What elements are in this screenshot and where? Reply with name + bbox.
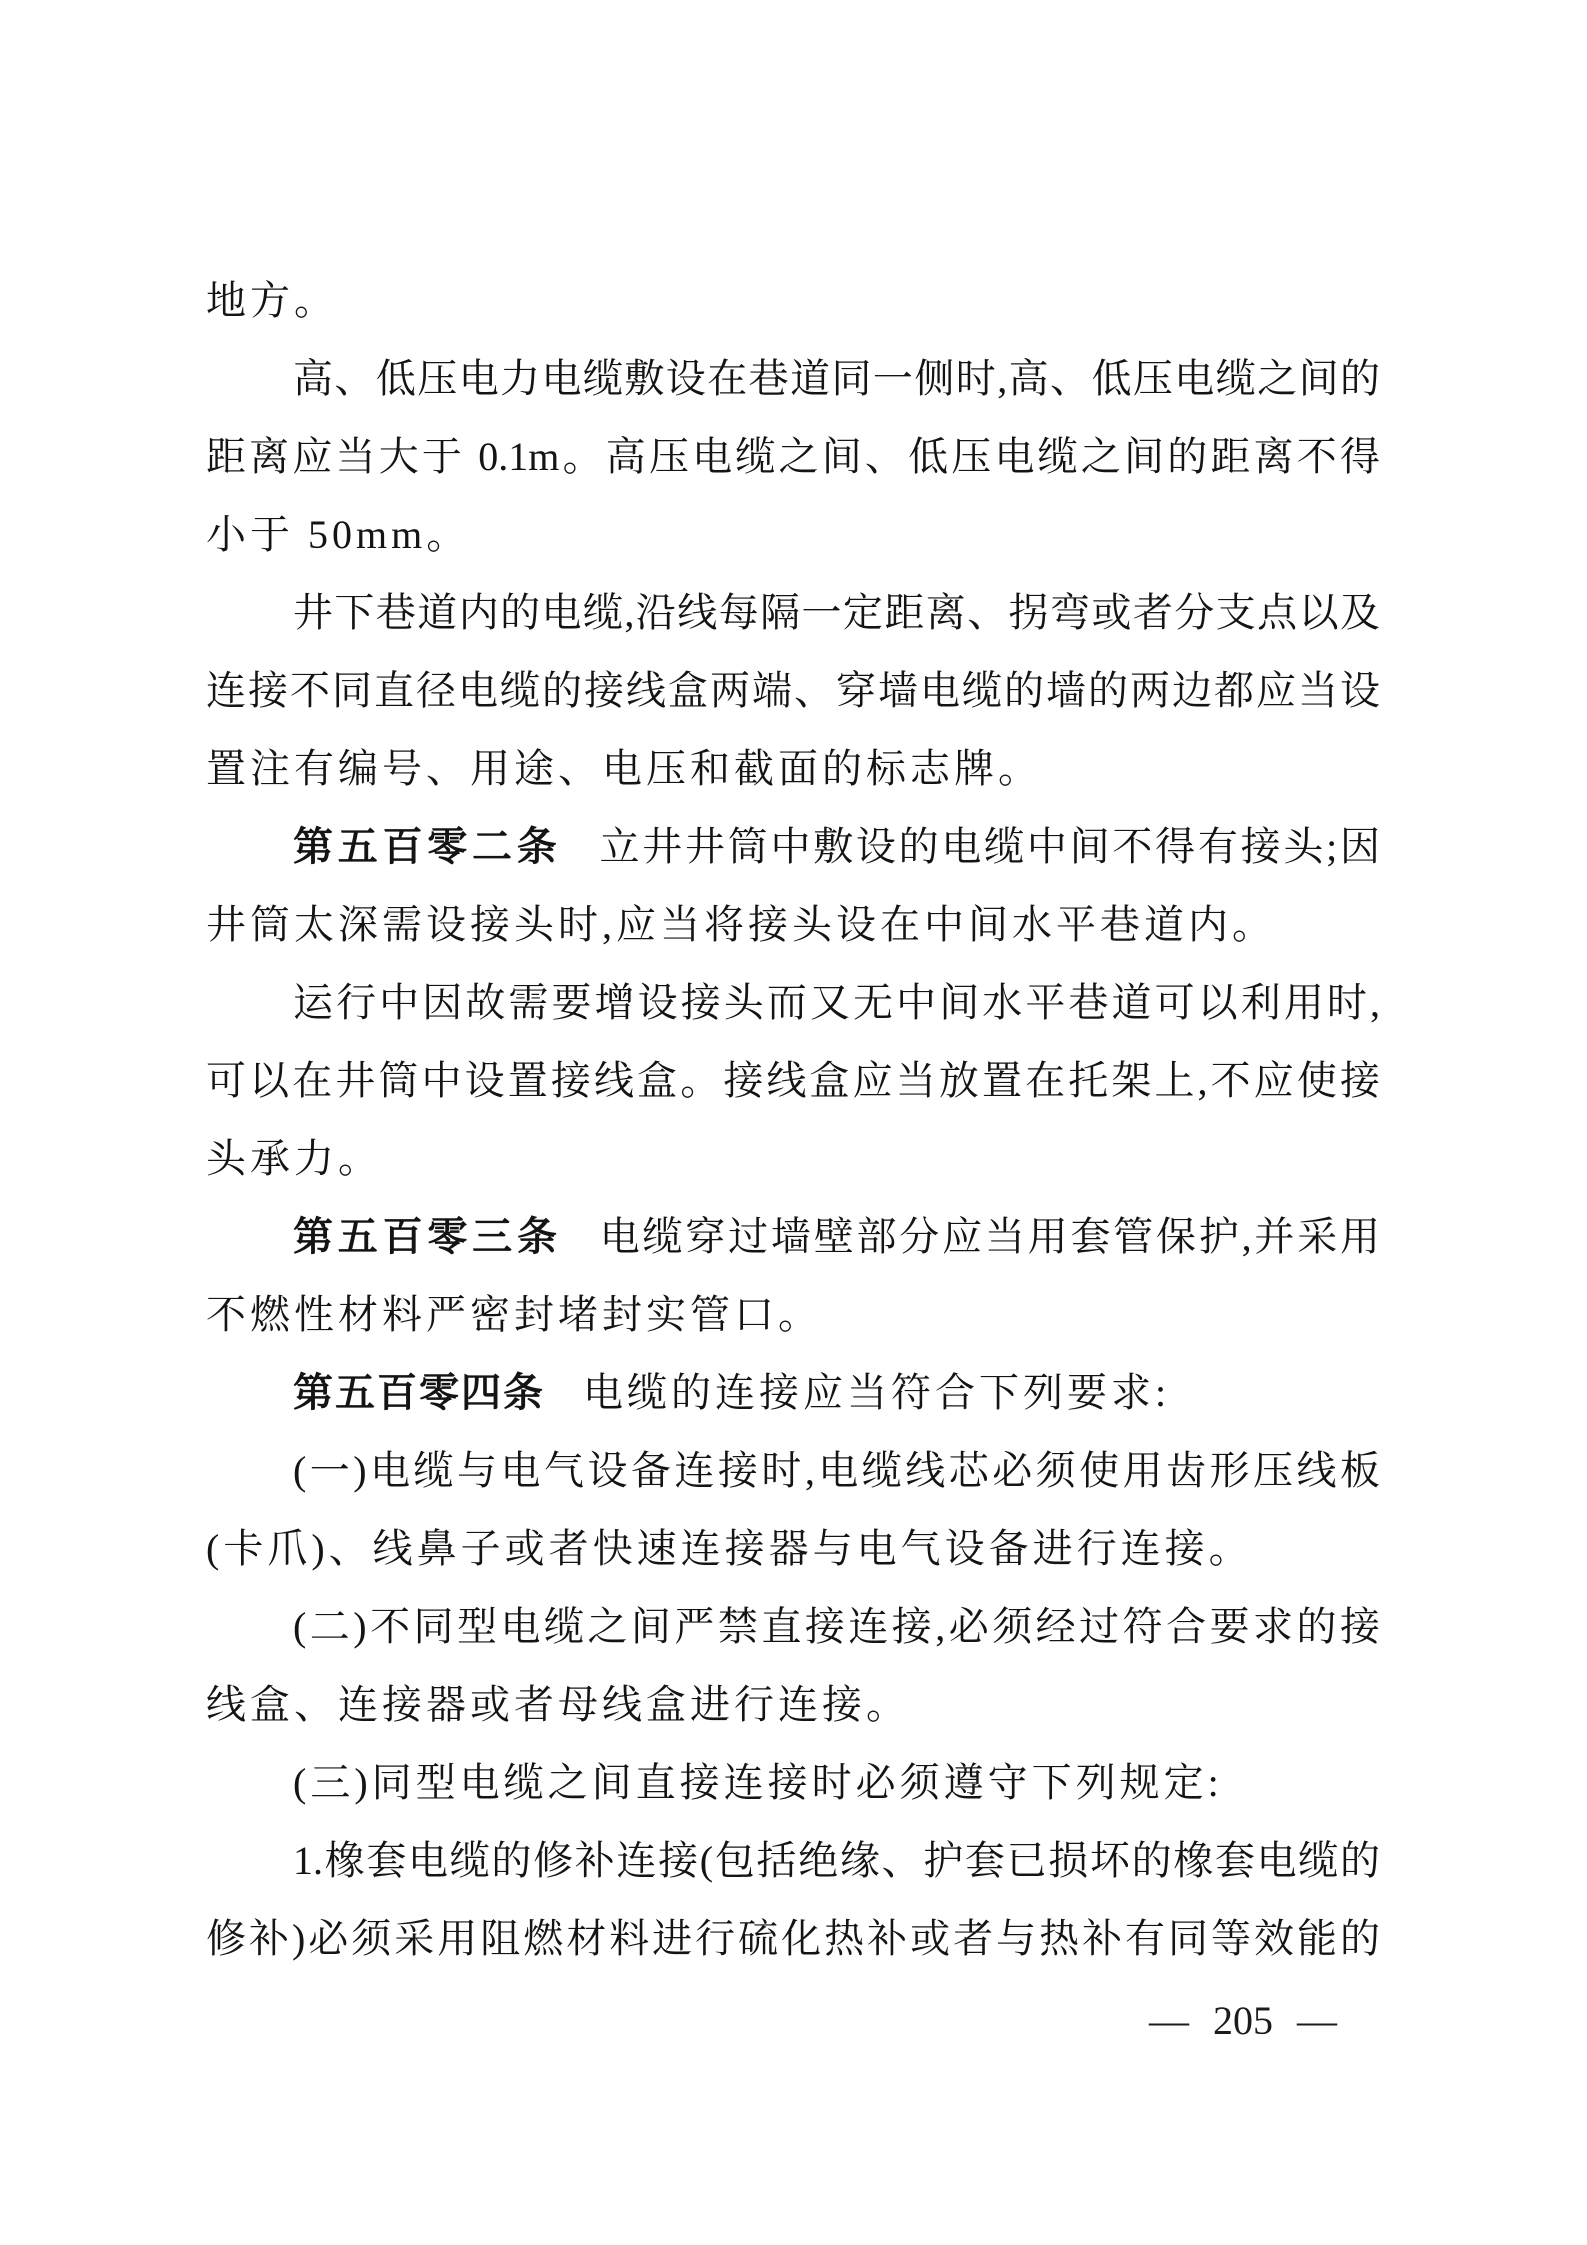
text-line: 1.橡套电缆的修补连接(包括绝缘、护套已损坏的橡套电缆的 — [206, 1822, 1380, 1900]
text-line: 地方。 — [206, 262, 1380, 340]
text-line: 置注有编号、用途、电压和截面的标志牌。 — [206, 730, 1380, 808]
article-502-text: 立井井筒中敷设的电缆中间不得有接头;因 — [599, 824, 1380, 869]
article-line-502: 第五百零二条立井井筒中敷设的电缆中间不得有接头;因 — [206, 808, 1380, 886]
page-number: 205 — [1213, 1997, 1273, 2044]
footer-dash-left: — — [1149, 1997, 1189, 2044]
footer-dash-right: — — [1297, 1997, 1337, 2044]
text-line: 高、低压电力电缆敷设在巷道同一侧时,高、低压电缆之间的 — [206, 340, 1380, 418]
article-502-number: 第五百零二条 — [293, 825, 561, 869]
text-line: 头承力。 — [206, 1120, 1380, 1198]
text-line: 距离应当大于 0.1m。高压电缆之间、低压电缆之间的距离不得 — [206, 418, 1380, 496]
article-504-number: 第五百零四条 — [293, 1371, 545, 1415]
article-line-504: 第五百零四条电缆的连接应当符合下列要求: — [206, 1354, 1380, 1432]
article-line-503: 第五百零三条电缆穿过墙壁部分应当用套管保护,并采用 — [206, 1198, 1380, 1276]
article-503-number: 第五百零三条 — [293, 1215, 562, 1259]
text-line: 运行中因故需要增设接头而又无中间水平巷道可以利用时, — [206, 964, 1380, 1042]
document-page: 地方。 高、低压电力电缆敷设在巷道同一侧时,高、低压电缆之间的 距离应当大于 0… — [0, 0, 1587, 2245]
text-line: 不燃性材料严密封堵封实管口。 — [206, 1276, 1380, 1354]
text-line: (二)不同型电缆之间严禁直接连接,必须经过符合要求的接 — [206, 1588, 1380, 1666]
article-503-text: 电缆穿过墙壁部分应当用套管保护,并采用 — [600, 1214, 1380, 1259]
text-line: 修补)必须采用阻燃材料进行硫化热补或者与热补有同等效能的 — [206, 1900, 1380, 1978]
text-line: 井筒太深需设接头时,应当将接头设在中间水平巷道内。 — [206, 886, 1380, 964]
text-line: 小于 50mm。 — [206, 496, 1380, 574]
text-line: 可以在井筒中设置接线盒。接线盒应当放置在托架上,不应使接 — [206, 1042, 1380, 1120]
text-line: (一)电缆与电气设备连接时,电缆线芯必须使用齿形压线板 — [206, 1432, 1380, 1510]
page-number-footer: — 205 — — [1149, 1988, 1337, 2052]
text-line: 线盒、连接器或者母线盒进行连接。 — [206, 1666, 1380, 1744]
article-504-text: 电缆的连接应当符合下列要求: — [583, 1370, 1170, 1415]
text-line: 连接不同直径电缆的接线盒两端、穿墙电缆的墙的两边都应当设 — [206, 652, 1380, 730]
text-line: (卡爪)、线鼻子或者快速连接器与电气设备进行连接。 — [206, 1510, 1380, 1588]
text-line: (三)同型电缆之间直接连接时必须遵守下列规定: — [206, 1744, 1380, 1822]
text-line: 井下巷道内的电缆,沿线每隔一定距离、拐弯或者分支点以及 — [206, 574, 1380, 652]
text-block: 地方。 高、低压电力电缆敷设在巷道同一侧时,高、低压电缆之间的 距离应当大于 0… — [206, 262, 1380, 1978]
